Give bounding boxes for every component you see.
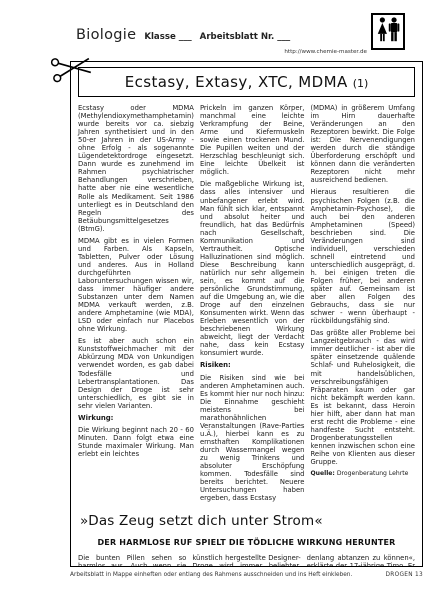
section-subheadline: DER HARMLOSE RUF SPIELT DIE TÖDLICHE WIR…: [75, 538, 418, 547]
risiken-heading: Risiken:: [200, 361, 305, 369]
class-blank-label: Klasse ___: [144, 32, 191, 42]
paragraph: (MDMA) in größerem Umfang im Hirn dauerh…: [310, 104, 415, 184]
source-line: Quelle: Drogenberatung Lehrte: [310, 470, 415, 478]
article-column-3: (MDMA) in größerem Umfang im Hirn dauerh…: [310, 104, 415, 506]
worksheet-page: Biologie Klasse ___ Arbeitsblatt Nr. ___…: [0, 0, 430, 612]
paragraph: Die Risiken sind wie bei anderen Ampheta…: [200, 374, 305, 503]
article-column-1: Ecstasy oder MDMA (Methylendioxymethamph…: [78, 104, 194, 506]
section2-column-2: künstlich hergestellte Designer-Droge wi…: [192, 554, 300, 567]
website-url: http://www.chemie-master.de: [284, 49, 367, 55]
footer-page-number: DROGEN 13: [386, 572, 423, 578]
section2-columns: Die bunten Pillen sehen so harmlos aus. …: [71, 554, 422, 567]
paragraph: Die maßgebliche Wirkung ist, dass alles …: [200, 180, 305, 357]
paragraph: Hieraus resultieren die psychischen Folg…: [310, 188, 415, 325]
source-text: Drogenberatung Lehrte: [337, 470, 409, 477]
source-label: Quelle:: [310, 470, 334, 477]
scissors-icon: [48, 47, 97, 89]
man-woman-icon: [375, 15, 401, 48]
wirkung-heading: Wirkung:: [78, 414, 194, 422]
article-column-2: Prickeln im ganzen Körper, manchmal eine…: [200, 104, 305, 506]
title-box: Ecstasy, Extasy, XTC, MDMA (1): [78, 67, 415, 97]
paragraph: künstlich hergestellte Designer-Droge wi…: [192, 554, 300, 567]
paragraph: Die bunten Pillen sehen so harmlos aus. …: [78, 554, 186, 567]
paragraph: Das größte aller Probleme bei Langzeitge…: [310, 329, 415, 466]
section2-column-1: Die bunten Pillen sehen so harmlos aus. …: [78, 554, 186, 567]
page-title: Ecstasy, Extasy, XTC, MDMA: [125, 73, 348, 91]
worksheet-cutout-frame: Ecstasy, Extasy, XTC, MDMA (1) Ecstasy o…: [70, 61, 423, 567]
chemie-master-logo: [371, 13, 405, 50]
article-columns: Ecstasy oder MDMA (Methylendioxymethamph…: [71, 104, 422, 506]
page-title-part-number: (1): [353, 77, 369, 90]
section2-column-3: denlang abtanzen zu können«, erklärte de…: [307, 554, 415, 567]
worksheet-footer: Arbeitsblatt in Mappe einheften oder ent…: [70, 572, 423, 578]
worksheet-header: Biologie Klasse ___ Arbeitsblatt Nr. ___: [76, 27, 290, 43]
sheet-number-blank-label: Arbeitsblatt Nr. ___: [200, 32, 291, 42]
subject-title: Biologie: [76, 27, 136, 43]
paragraph: Ecstasy oder MDMA (Methylendioxymethamph…: [78, 104, 194, 233]
paragraph: Prickeln im ganzen Körper, manchmal eine…: [200, 104, 305, 176]
paragraph: MDMA gibt es in vielen Formen und Farben…: [78, 237, 194, 334]
footer-instruction: Arbeitsblatt in Mappe einheften oder ent…: [70, 572, 352, 578]
paragraph: Es ist aber auch schon ein Kunststoffwei…: [78, 337, 194, 409]
paragraph: denlang abtanzen zu können«, erklärte de…: [307, 554, 415, 567]
paragraph: Die Wirkung beginnt nach 20 - 60 Minuten…: [78, 426, 194, 458]
section-headline: »Das Zeug setzt dich unter Strom«: [80, 513, 415, 529]
